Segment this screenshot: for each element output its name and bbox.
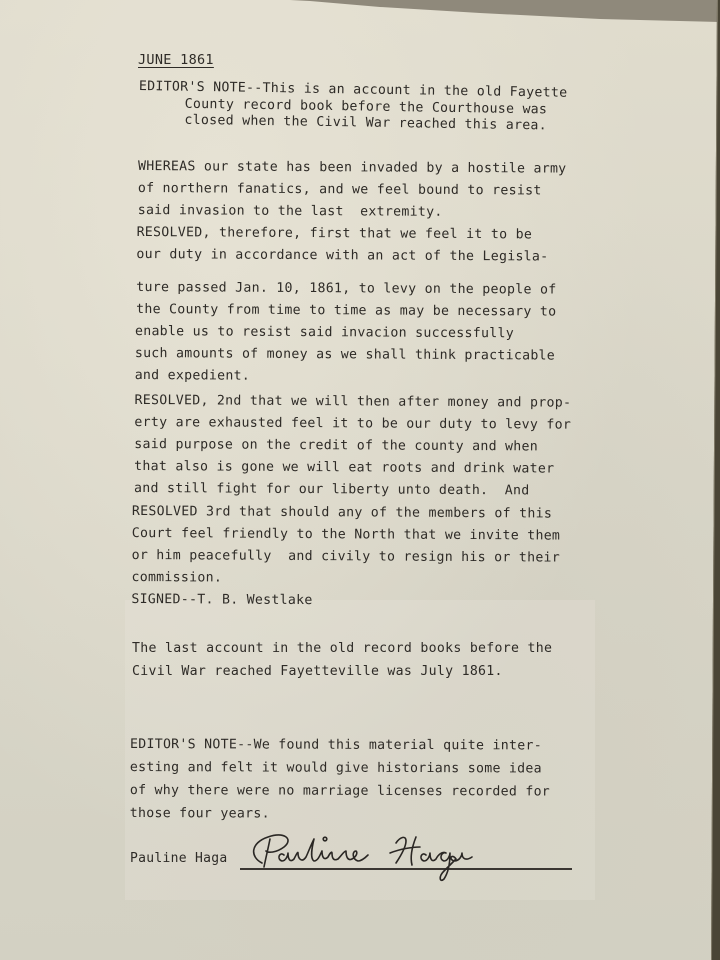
resolution-line: or him peacefully and civily to resign h…	[132, 549, 561, 565]
resolution-line: RESOLVED, therefore, first that we feel …	[137, 226, 533, 242]
resolution-line: commission.	[131, 571, 222, 585]
typed-signature-name: Pauline Haga	[130, 851, 228, 866]
resolution-line: Court feel friendly to the North that we…	[132, 527, 561, 543]
typed-document: JUNE 1861 EDITOR'S NOTE--This is an acco…	[0, 0, 720, 960]
editors-note-closing-line: esting and felt it would give historians…	[130, 761, 542, 776]
resolution-line: ture passed Jan. 10, 1861, to levy on th…	[136, 281, 556, 297]
last-account-line: Civil War reached Fayetteville was July …	[132, 665, 503, 678]
editors-note-closing-line: EDITOR'S NOTE--We found this material qu…	[130, 738, 542, 753]
resolution-line: the County from time to time as may be n…	[136, 303, 556, 319]
resolution-line: enable us to resist said invacion succes…	[135, 325, 514, 341]
resolution-line: and expedient.	[135, 369, 250, 383]
resolution-line: our duty in accordance with an act of th…	[136, 248, 548, 264]
editors-note-closing-line: of why there were no marriage licenses r…	[130, 784, 550, 799]
resolution-line: such amounts of money as we shall think …	[135, 347, 555, 363]
signature-block: Pauline Haga	[130, 833, 460, 893]
resolution-line: WHEREAS our state has been invaded by a …	[138, 160, 567, 176]
handwritten-signature	[240, 825, 570, 885]
resolution-line: erty are exhausted feel it to be our dut…	[134, 416, 571, 432]
editors-note-closing-line: those four years.	[130, 807, 270, 821]
last-account-line: The last account in the old record books…	[132, 642, 552, 655]
resolution-line: and still fight for our liberty unto dea…	[134, 482, 530, 498]
resolution-line: of northern fanatics, and we feel bound …	[138, 182, 542, 198]
resolution-line: said invasion to the last extremity.	[138, 204, 443, 219]
signed-line: SIGNED--T. B. Westlake	[131, 593, 312, 607]
date-heading: JUNE 1861	[138, 52, 214, 68]
resolution-line: that also is gone we will eat roots and …	[134, 460, 554, 476]
resolution-line: RESOLVED, 2nd that we will then after mo…	[135, 394, 572, 410]
resolution-line: said purpose on the credit of the county…	[134, 438, 538, 454]
resolution-line: RESOLVED 3rd that should any of the memb…	[132, 505, 552, 521]
